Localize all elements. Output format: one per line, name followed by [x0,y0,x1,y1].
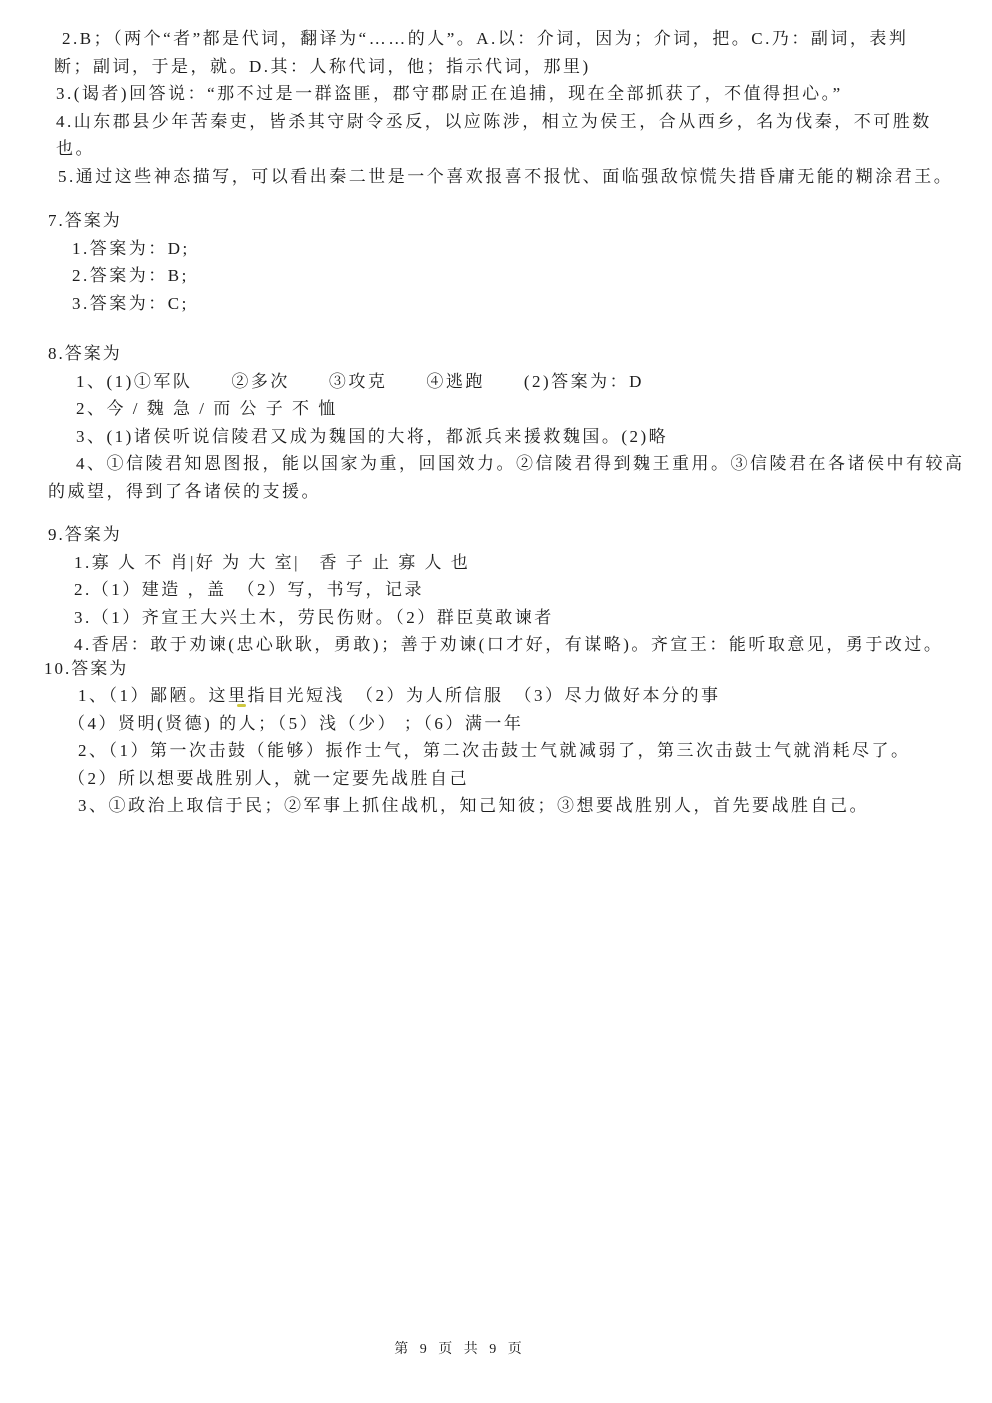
answer-line: 4.香居：敢于劝谏(忠心耿耿，勇敢)；善于劝谏(口才好，有谋略)。齐宣王：能听取… [74,634,943,656]
answer-line: 4.山东郡县少年苦秦吏，皆杀其守尉令丞反，以应陈涉，相立为侯王，合从西乡，名为伐… [56,111,932,133]
answer-line: 4、①信陵君知恩图报，能以国家为重，回国效力。②信陵君得到魏王重用。③信陵君在各… [76,453,965,475]
answer-line: （2）所以想要战胜别人，就一定要先战胜自己 [68,768,469,790]
section-9-heading: 9.答案为 [48,524,122,546]
answer-line: 1.寡 人 不 肖|好 为 大 室| 香 子 止 寡 人 也 [74,552,470,574]
answer-line: 5.通过这些神态描写，可以看出秦二世是一个喜欢报喜不报忧、面临强敌惊慌失措昏庸无… [58,166,953,188]
section-10-heading: 10.答案为 [44,658,128,680]
answer-line: 也。 [56,138,95,160]
answer-line: 3.(谒者)回答说：“那不过是一群盗匪，郡守郡尉正在追捕，现在全部抓获了，不值得… [56,83,843,105]
section-7-heading: 7.答案为 [48,210,122,232]
section-8-heading: 8.答案为 [48,343,122,365]
answer-line: 3、①政治上取信于民；②军事上抓住战机，知己知彼；③想要战胜别人，首先要战胜自己… [78,795,869,817]
document-page: 2.B；（两个“者”都是代词，翻译为“……的人”。A.以：介词，因为；介词，把。… [0,0,992,1403]
answer-line: 1、（1）鄙陋。这里指目光短浅 （2）为人所信服 （3）尽力做好本分的事 [78,685,721,707]
answer-line: 3、(1)诸侯听说信陵君又成为魏国的大将，都派兵来援救魏国。(2)略 [76,426,668,448]
answer-line: 2.答案为：B; [72,265,189,287]
answer-line: 1、(1)①军队 ②多次 ③攻克 ④逃跑 (2)答案为：D [76,371,644,393]
answer-line: 3.答案为：C; [72,293,189,315]
answer-line: 2、（1）第一次击鼓（能够）振作士气，第二次击鼓士气就减弱了，第三次击鼓士气就消… [78,740,911,762]
answer-line: 的威望，得到了各诸侯的支援。 [48,481,321,503]
answer-line: 2、今 / 魏 急 / 而 公 子 不 恤 [76,398,338,420]
answer-line: 3.（1）齐宣王大兴土木，劳民伤财。（2）群臣莫敢谏者 [74,607,554,629]
page-number: 第 9 页 共 9 页 [0,1338,920,1358]
answer-line: （4）贤明(贤德) 的人；（5）浅（少） ；（6）满一年 [68,713,523,735]
answer-line: 2.（1）建造 ，盖 （2）写，书写，记录 [74,579,424,601]
answer-line: 2.B；（两个“者”都是代词，翻译为“……的人”。A.以：介词，因为；介词，把。… [62,28,908,50]
answer-line: 1.答案为：D; [72,238,190,260]
answer-line: 断；副词，于是，就。D.其：人称代词，他；指示代词，那里) [54,56,591,78]
spellcheck-mark [237,704,246,707]
